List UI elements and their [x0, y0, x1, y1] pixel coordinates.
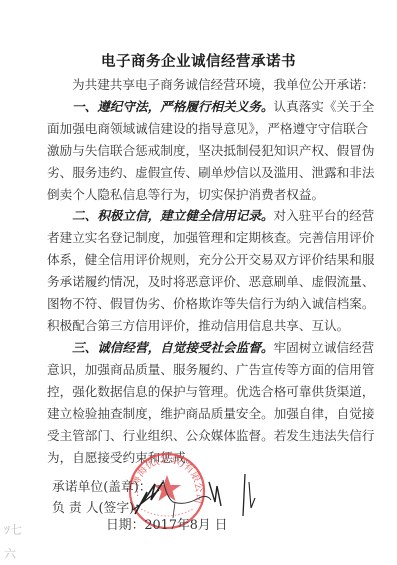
section-3-heading: 三、诚信经营，自觉接受社会监督。 [72, 340, 274, 355]
section-1-first-line: 一、遵纪守法，严格履行相关义务。认真落实《关于全 [72, 99, 353, 115]
body-line: 激励与失信联合惩戒制度，坚决抵制侵犯知识产权、假冒伪 [47, 143, 353, 159]
body-line: 建立检验抽查制度，维护商品质量安全。加强自律，自觉接 [47, 406, 353, 422]
section-3-text: 牢固树立诚信经营 [274, 340, 375, 355]
body-line: 控，强化数据信息的保护与管理。优选合格可靠供货渠道， [47, 384, 353, 400]
body-line: 倒卖个人隐私信息等行为，切实保护消费者权益。 [47, 187, 353, 203]
section-1-text: 认真落实《关于全 [274, 99, 375, 114]
body-line: 体系，健全信用评价规则，充分公开交易双方评价结果和服 [47, 252, 353, 268]
section-1-heading: 一、遵纪守法，严格履行相关义务。 [72, 99, 274, 114]
body-line: 图物不符、假冒伪劣、价格欺诈等失信行为纳入诚信档案。 [47, 296, 353, 312]
section-2-first-line: 二、积极立信，建立健全信用记录。对入驻平台的经营 [72, 208, 353, 224]
margin-handwriting: ﾂ七 [4, 521, 22, 538]
section-2-heading: 二、积极立信，建立健全信用记录。 [72, 208, 274, 223]
body-line: 受主管部门、行业组织、公众媒体监督。若发生违法失信行 [47, 428, 353, 444]
body-line: 者建立实名登记制度，加强管理和定期核查。完善信用评价 [47, 230, 353, 246]
section-2-text: 对入驻平台的经营 [274, 208, 375, 223]
body-line: 务承诺履约情况，及时将恶意评价、恶意刷单、虚假流量、 [47, 274, 353, 290]
date-line: 日期：2017年8月 日 [106, 514, 228, 533]
intro-text: 为共建共享电子商务诚信经营环境，我单位公开承诺： [72, 77, 353, 93]
body-line: 积极配合第三方信用评价，推动信用信息共享、互认。 [47, 318, 353, 334]
body-line: 意识，加强商品质量、服务履约、广告宣传等方面的信用管 [47, 362, 353, 378]
document-title: 电子商务企业诚信经营承诺书 [0, 50, 397, 71]
body-line: 劣、服务违约、虚假宣传、刷单炒信以及滥用、泄露和非法 [47, 165, 353, 181]
body-line: 面加强电商领域诚信建设的指导意见》，严格遵守守信联合 [47, 121, 353, 137]
section-3-first-line: 三、诚信经营，自觉接受社会监督。牢固树立诚信经营 [72, 340, 353, 356]
margin-handwriting: 六 [4, 545, 16, 562]
